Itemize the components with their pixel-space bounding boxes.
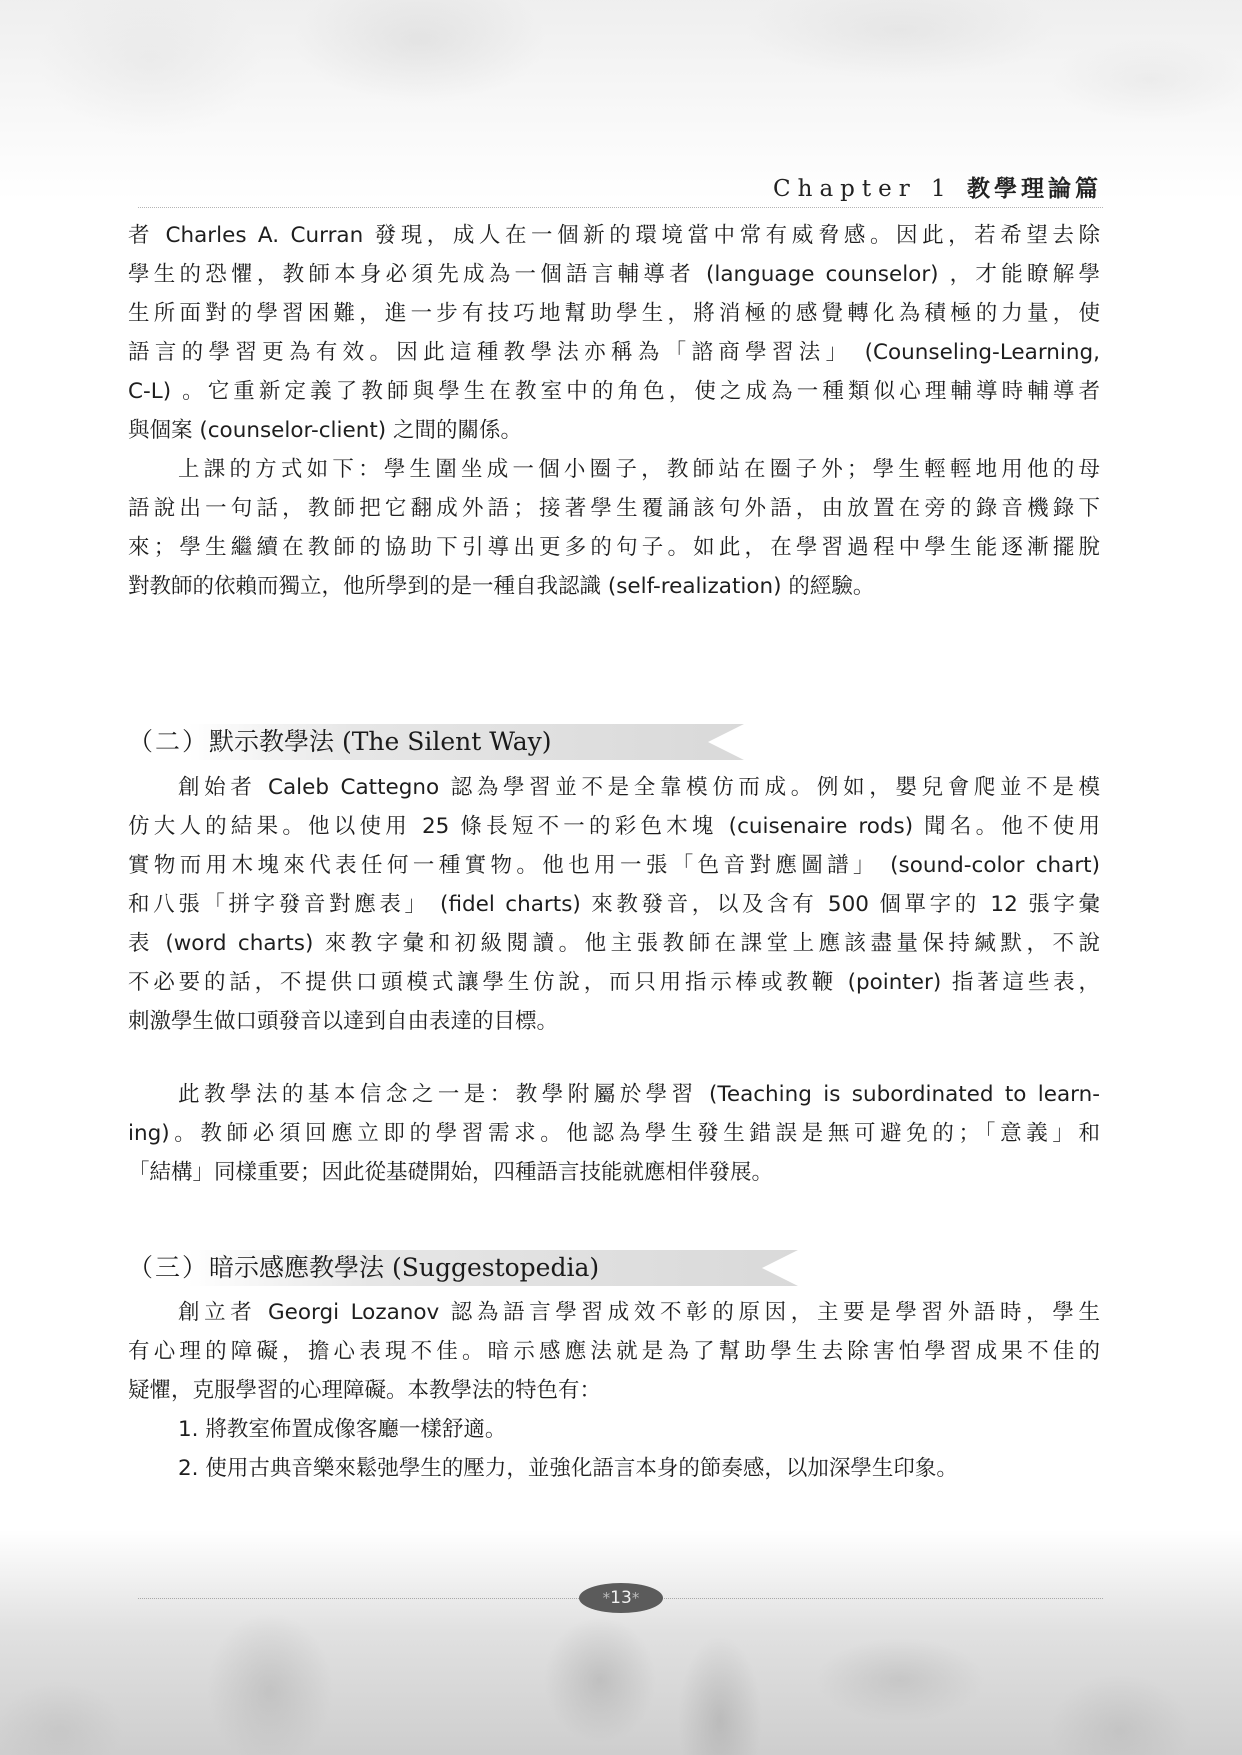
text-line: 實物而用木塊來代表任何一種實物。他也用一張「色音對應圖譜」 (sound-col… — [128, 846, 1100, 885]
asterisk-ornament-icon: * — [632, 1589, 640, 1607]
running-header: Chapter 1 教學理論篇 — [773, 170, 1102, 203]
text-line: 疑懼，克服學習的心理障礙。本教學法的特色有： — [128, 1371, 1100, 1410]
text-line: 仿大人的結果。他以使用 25 條長短不一的彩色木塊 (cuisenaire ro… — [128, 807, 1100, 846]
list-item: 2. 使用古典音樂來鬆弛學生的壓力，並強化語言本身的節奏感，以加深學生印象。 — [178, 1449, 958, 1488]
text-line: 有心理的障礙，擔心表現不佳。暗示感應法就是為了幫助學生去除害怕學習成果不佳的 — [128, 1332, 1100, 1371]
text-line: ing)。教師必須回應立即的學習需求。他認為學生發生錯誤是無可避免的；「意義」和 — [128, 1114, 1100, 1153]
text-line: 不必要的話，不提供口頭模式讓學生仿說，而只用指示棒或教鞭 (pointer) 指… — [128, 963, 1100, 1002]
text-line: 表 (word charts) 來教字彙和初級閱讀。他主張教師在課堂上應該盡量保… — [128, 924, 1100, 963]
section-heading-text: （三）暗示感應教學法 (Suggestopedia) — [128, 1248, 599, 1288]
text-line: C-L) 。它重新定義了教師與學生在教室中的角色，使之成為一種類似心理輔導時輔導… — [128, 372, 1100, 411]
text-line: 對教師的依賴而獨立，他所學到的是一種自我認識 (self-realization… — [128, 567, 1100, 606]
section-title: 默示教學法 (The Silent Way) — [209, 727, 552, 756]
list-item: 1. 將教室佈置成像客廳一樣舒適。 — [178, 1410, 506, 1449]
background-decoration-bottom — [0, 1530, 1242, 1755]
text-line: 語言的學習更為有效。因此這種教學法亦稱為「諮商學習法」 (Counseling-… — [128, 333, 1100, 372]
text-line: 和八張「拼字發音對應表」 (fidel charts) 來教發音，以及含有 50… — [128, 885, 1100, 924]
section-number: （二） — [128, 727, 209, 756]
text-line: 創始者 Caleb Cattegno 認為學習並不是全靠模仿而成。例如，嬰兒會爬… — [128, 768, 1100, 807]
text-line: 刺激學生做口頭發音以達到自由表達的目標。 — [128, 1002, 1100, 1041]
section-heading-silent-way: （二）默示教學法 (The Silent Way) — [128, 722, 552, 762]
page-number: 13 — [610, 1588, 632, 1608]
text-line: 語說出一句話，教師把它翻成外語；接著學生覆誦該句外語，由放置在旁的錄音機錄下 — [128, 489, 1100, 528]
text-line: 生所面對的學習困難，進一步有技巧地幫助學生，將消極的感覺轉化為積極的力量，使 — [128, 294, 1100, 333]
section-number: （三） — [128, 1253, 209, 1282]
text-line: 「結構」同樣重要；因此從基礎開始，四種語言技能就應相伴發展。 — [128, 1153, 1100, 1192]
chapter-title: 教學理論篇 — [967, 175, 1102, 202]
section-title: 暗示感應教學法 (Suggestopedia) — [209, 1253, 599, 1282]
section-heading-text: （二）默示教學法 (The Silent Way) — [128, 722, 552, 762]
header-divider — [138, 207, 1103, 208]
text-line: 與個案 (counselor-client) 之間的關係。 — [128, 411, 1100, 450]
text-line: 上課的方式如下：學生圍坐成一個小圈子，教師站在圈子外；學生輕輕地用他的母 — [128, 450, 1100, 489]
chapter-label: Chapter 1 — [773, 176, 953, 202]
text-line: 此教學法的基本信念之一是：教學附屬於學習 (Teaching is subord… — [128, 1075, 1100, 1114]
text-line: 學生的恐懼，教師本身必須先成為一個語言輔導者 (language counsel… — [128, 255, 1100, 294]
text-line: 者 Charles A. Curran 發現，成人在一個新的環境當中常有威脅感。… — [128, 216, 1100, 255]
text-line: 來；學生繼續在教師的協助下引導出更多的句子。如此，在學習過程中學生能逐漸擺脫 — [128, 528, 1100, 567]
section-heading-suggestopedia: （三）暗示感應教學法 (Suggestopedia) — [128, 1248, 599, 1288]
page-number-badge: *13* — [579, 1583, 663, 1613]
text-line: 創立者 Georgi Lozanov 認為語言學習成效不彰的原因，主要是學習外語… — [128, 1293, 1100, 1332]
